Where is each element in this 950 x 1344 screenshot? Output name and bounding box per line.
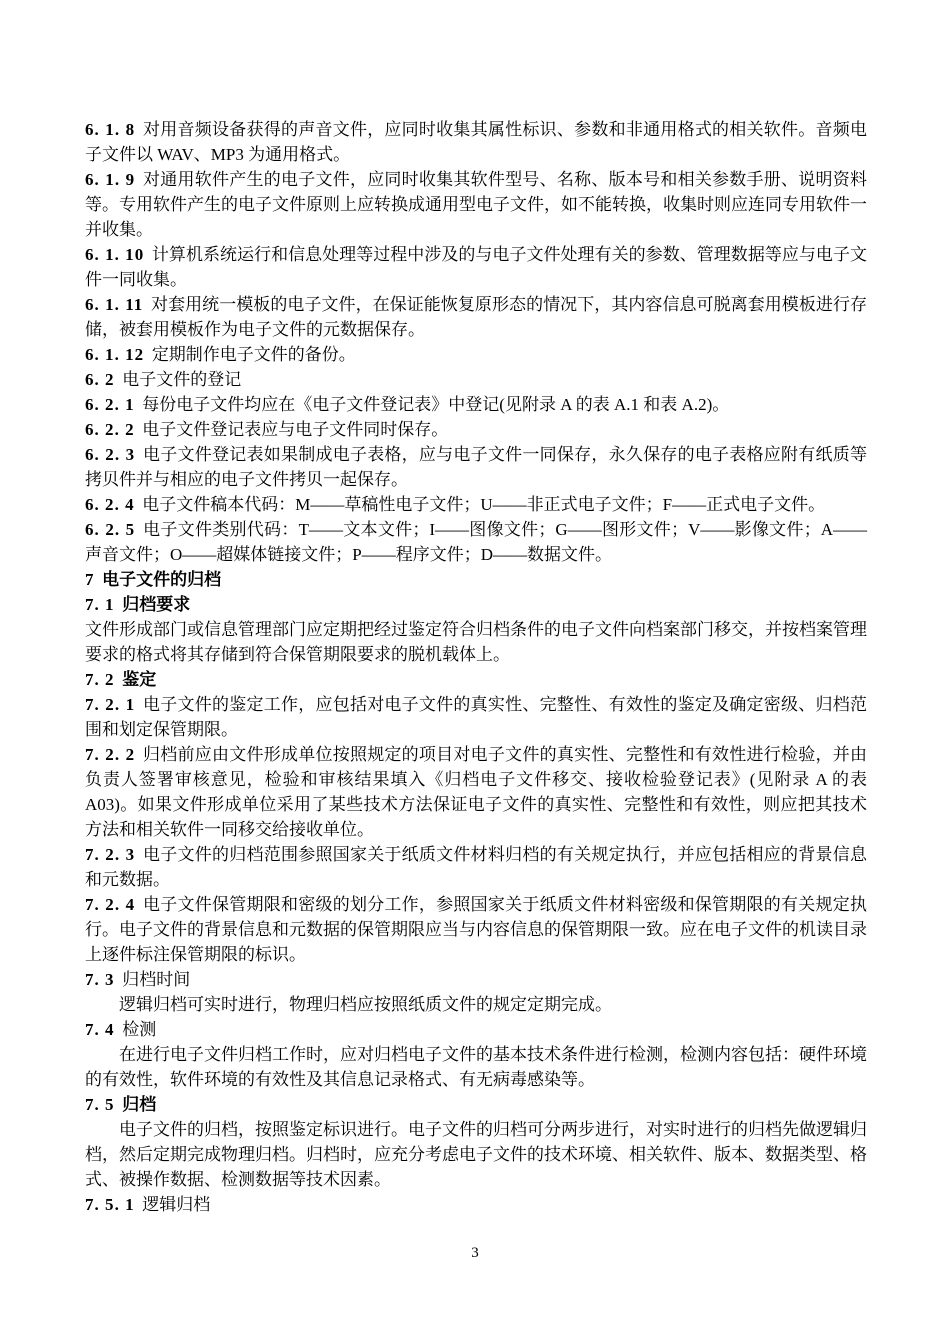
- section-6-2-5: 6. 2. 5电子文件类别代码：T——文本文件；I——图像文件；G——图形文件；…: [85, 517, 867, 567]
- section-number: 6. 2. 2: [85, 420, 135, 439]
- section-7: 7电子文件的归档: [85, 567, 867, 592]
- section-7-5: 7. 5归档: [85, 1092, 867, 1117]
- section-6-2-3: 6. 2. 3电子文件登记表如果制成电子表格，应与电子文件一同保存，永久保存的电…: [85, 442, 867, 492]
- section-7-2-1: 7. 2. 1电子文件的鉴定工作，应包括对电子文件的真实性、完整性、有效性的鉴定…: [85, 692, 867, 742]
- section-number: 6. 2. 1: [85, 395, 135, 414]
- section-7-2-3: 7. 2. 3电子文件的归档范围参照国家关于纸质文件材料归档的有关规定执行，并应…: [85, 842, 867, 892]
- section-6-1-11: 6. 1. 11对套用统一模板的电子文件，在保证能恢复原形态的情况下，其内容信息…: [85, 292, 867, 342]
- section-6-1-12: 6. 1. 12定期制作电子文件的备份。: [85, 342, 867, 367]
- section-number: 6. 1. 11: [85, 295, 143, 314]
- section-6-1-10: 6. 1. 10计算机系统运行和信息处理等过程中涉及的与电子文件处理有关的参数、…: [85, 242, 867, 292]
- document-body: 6. 1. 8对用音频设备获得的声音文件，应同时收集其属性标识、参数和非通用格式…: [85, 117, 867, 1217]
- paragraph: 文件形成部门或信息管理部门应定期把经过鉴定符合归档条件的电子文件向档案部门移交，…: [85, 617, 867, 667]
- section-number: 6. 1. 10: [85, 245, 144, 264]
- page-number: 3: [0, 1243, 950, 1263]
- section-7-3: 7. 3归档时间: [85, 967, 867, 992]
- paragraph: 逻辑归档可实时进行，物理归档应按照纸质文件的规定定期完成。: [85, 992, 867, 1017]
- section-number: 6. 2. 5: [85, 520, 135, 539]
- section-number: 6. 1. 8: [85, 120, 135, 139]
- section-number: 6. 1. 12: [85, 345, 144, 364]
- section-6-1-8: 6. 1. 8对用音频设备获得的声音文件，应同时收集其属性标识、参数和非通用格式…: [85, 117, 867, 167]
- section-number: 7. 1: [85, 595, 115, 614]
- section-number: 7. 3: [85, 970, 115, 989]
- section-7-2-4: 7. 2. 4电子文件保管期限和密级的划分工作，参照国家关于纸质文件材料密级和保…: [85, 892, 867, 967]
- section-7-1: 7. 1归档要求: [85, 592, 867, 617]
- section-number: 7. 2. 1: [85, 695, 135, 714]
- section-number: 7. 2. 3: [85, 845, 135, 864]
- section-number: 7: [85, 570, 95, 589]
- section-6-1-9: 6. 1. 9对通用软件产生的电子文件，应同时收集其软件型号、名称、版本号和相关…: [85, 167, 867, 242]
- paragraph: 电子文件的归档，按照鉴定标识进行。电子文件的归档可分两步进行，对实时进行的归档先…: [85, 1117, 867, 1192]
- section-number: 6. 2: [85, 370, 115, 389]
- section-7-5-1: 7. 5. 1逻辑归档: [85, 1192, 867, 1217]
- section-number: 7. 5: [85, 1095, 115, 1114]
- section-7-4: 7. 4检测: [85, 1017, 867, 1042]
- section-number: 7. 2: [85, 670, 115, 689]
- section-6-2-1: 6. 2. 1每份电子文件均应在《电子文件登记表》中登记(见附录 A 的表 A.…: [85, 392, 867, 417]
- section-number: 7. 2. 2: [85, 745, 135, 764]
- document-page: 6. 1. 8对用音频设备获得的声音文件，应同时收集其属性标识、参数和非通用格式…: [0, 0, 950, 1344]
- section-number: 6. 2. 3: [85, 445, 135, 464]
- section-6-2-4: 6. 2. 4电子文件稿本代码：M——草稿性电子文件；U——非正式电子文件；F—…: [85, 492, 867, 517]
- section-6-2-2: 6. 2. 2电子文件登记表应与电子文件同时保存。: [85, 417, 867, 442]
- paragraph: 在进行电子文件归档工作时，应对归档电子文件的基本技术条件进行检测，检测内容包括：…: [85, 1042, 867, 1092]
- section-number: 7. 4: [85, 1020, 115, 1039]
- section-number: 6. 1. 9: [85, 170, 135, 189]
- section-6-2: 6. 2电子文件的登记: [85, 367, 867, 392]
- section-number: 7. 5. 1: [85, 1195, 135, 1214]
- section-7-2: 7. 2鉴定: [85, 667, 867, 692]
- section-7-2-2: 7. 2. 2归档前应由文件形成单位按照规定的项目对电子文件的真实性、完整性和有…: [85, 742, 867, 842]
- section-number: 6. 2. 4: [85, 495, 135, 514]
- section-number: 7. 2. 4: [85, 895, 135, 914]
